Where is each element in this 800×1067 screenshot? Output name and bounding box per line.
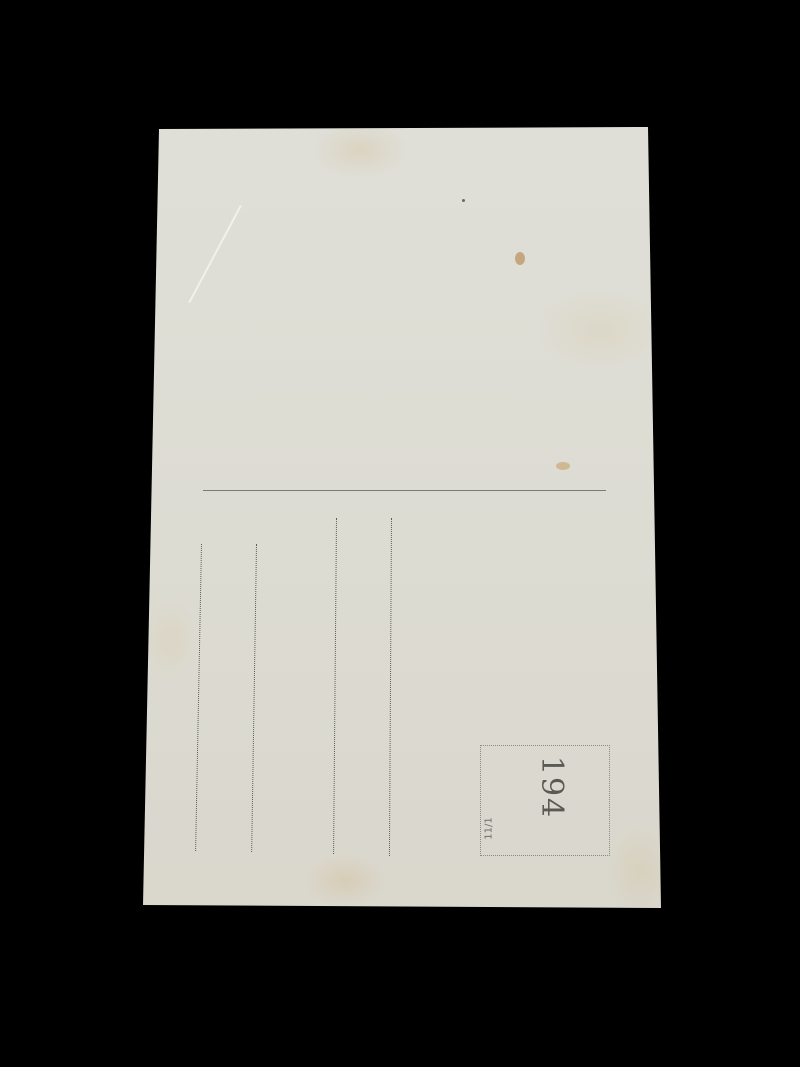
stain-spot <box>515 252 525 265</box>
stamp-code: 11/1 <box>484 817 495 839</box>
address-line <box>251 544 257 852</box>
dirt-speck <box>462 199 465 202</box>
divider-line <box>203 490 606 491</box>
address-line <box>333 518 337 854</box>
address-line <box>195 544 202 851</box>
paper-scratch <box>188 205 241 303</box>
stamp-number: 194 <box>534 756 569 819</box>
address-line <box>389 518 392 856</box>
stain-spot <box>556 462 570 470</box>
postcard-back: 194 11/1 <box>0 0 800 1067</box>
